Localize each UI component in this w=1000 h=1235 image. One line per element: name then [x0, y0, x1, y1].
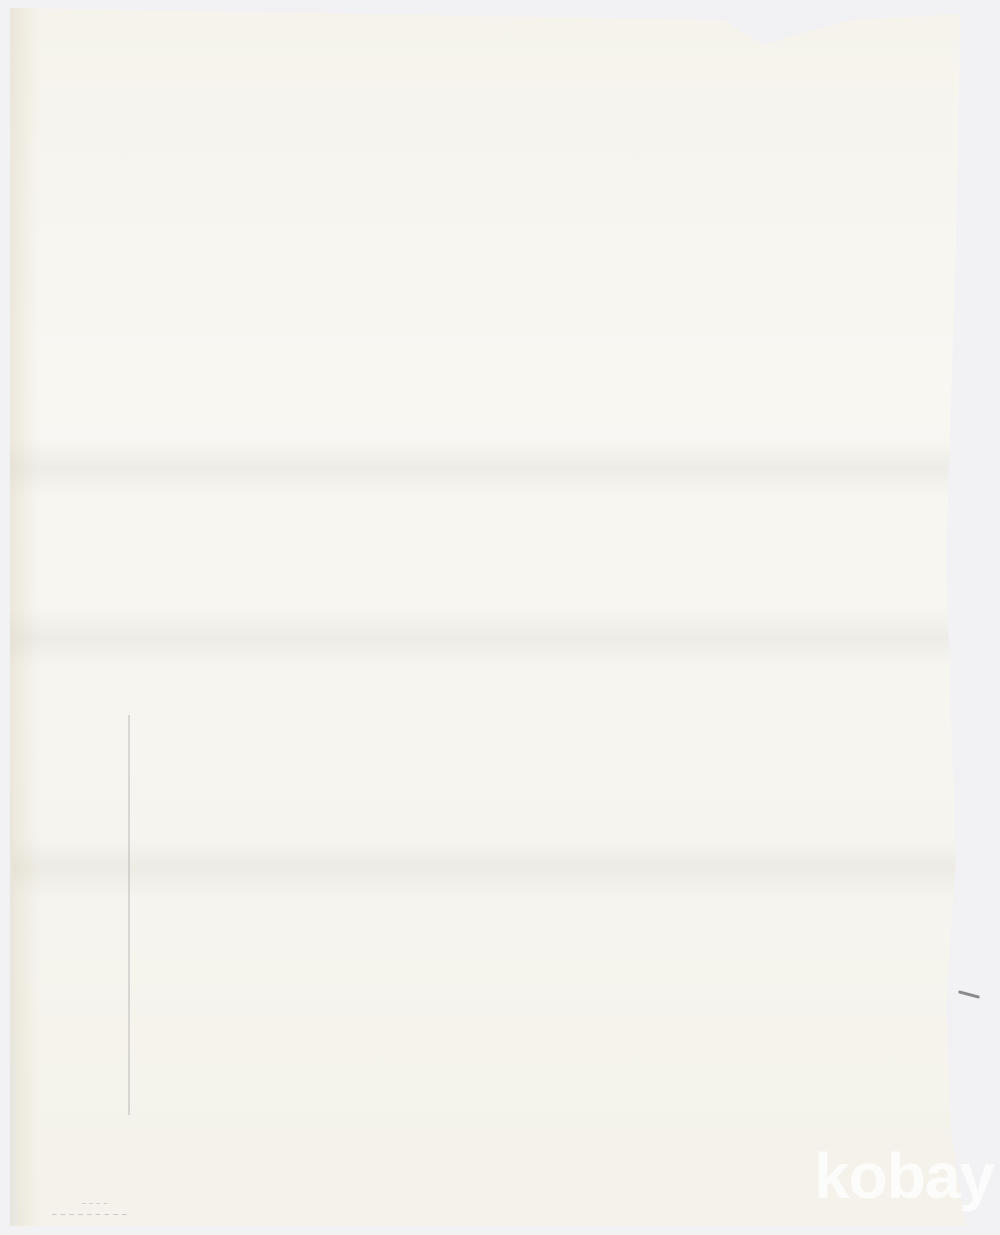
pencil-note-bottom: _ _ _ _ _ _ _ _ _ — [52, 1206, 128, 1216]
watermark-logo: kobay — [814, 1139, 994, 1213]
paper-sheet — [10, 8, 975, 1226]
fold-shading — [10, 838, 975, 898]
fold-shading — [10, 438, 975, 498]
staple-fragment — [958, 990, 980, 999]
pencil-mark — [128, 715, 130, 1115]
pencil-notes: _ _ _ _ _ _ _ _ _ _ _ _ _ — [52, 1206, 128, 1216]
aged-edge — [10, 8, 40, 1226]
fold-shading — [10, 608, 975, 668]
pencil-note-top: _ _ _ _ — [82, 1197, 108, 1205]
